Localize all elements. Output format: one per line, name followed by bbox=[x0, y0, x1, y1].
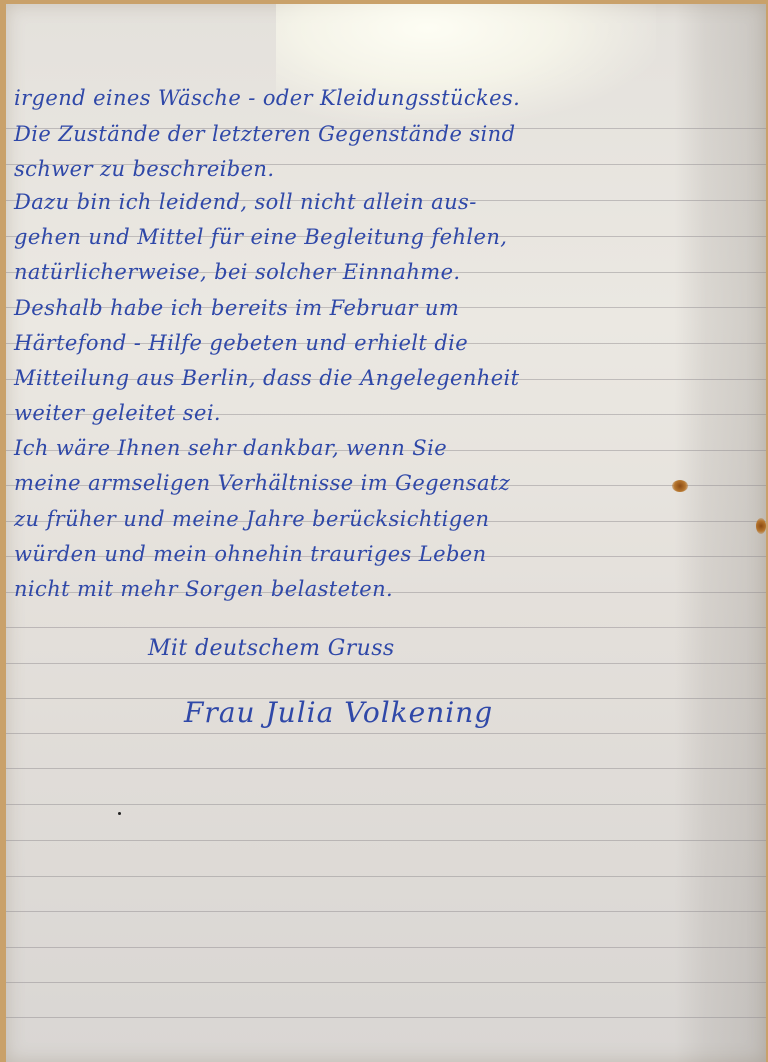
letter-line: irgend eines Wäsche - oder Kleidungsstüc… bbox=[14, 86, 520, 110]
letter-line: zu früher und meine Jahre berücksichtige… bbox=[14, 507, 489, 531]
letter-line: Mitteilung aus Berlin, dass die Angelege… bbox=[14, 366, 520, 390]
closing-salutation: Mit deutschem Gruss bbox=[148, 636, 395, 661]
letter-line: würden und mein ohnehin trauriges Leben bbox=[14, 542, 487, 566]
letter-line: Dazu bin ich leidend, soll nicht allein … bbox=[14, 190, 477, 214]
ruled-line bbox=[6, 1017, 766, 1018]
ruled-line bbox=[6, 982, 766, 983]
letter-line: Ich wäre Ihnen sehr dankbar, wenn Sie bbox=[14, 436, 447, 460]
letter-page: irgend eines Wäsche - oder Kleidungsstüc… bbox=[6, 4, 766, 1062]
paper-stain bbox=[756, 518, 766, 534]
letter-line: weiter geleitet sei. bbox=[14, 401, 221, 425]
ruled-line bbox=[6, 733, 766, 734]
ruled-line bbox=[6, 663, 766, 664]
ruled-line bbox=[6, 768, 766, 769]
ruled-line bbox=[6, 947, 766, 948]
ruled-line bbox=[6, 804, 766, 805]
paper-stain bbox=[672, 480, 688, 492]
letter-line: natürlicherweise, bei solcher Einnahme. bbox=[14, 260, 461, 284]
letter-line: Die Zustände der letzteren Gegenstände s… bbox=[14, 122, 515, 146]
letter-line: Härtefond - Hilfe gebeten und erhielt di… bbox=[14, 331, 468, 355]
ink-dot bbox=[118, 812, 121, 815]
ruled-line bbox=[6, 840, 766, 841]
signature: Frau Julia Volkening bbox=[184, 696, 493, 729]
ruled-line bbox=[6, 911, 766, 912]
ruled-line bbox=[6, 876, 766, 877]
letter-line: gehen und Mittel für eine Begleitung feh… bbox=[14, 225, 507, 249]
letter-line: Deshalb habe ich bereits im Februar um bbox=[14, 296, 459, 320]
letter-line: nicht mit mehr Sorgen belasteten. bbox=[14, 577, 393, 601]
letter-line: schwer zu beschreiben. bbox=[14, 157, 274, 181]
ruled-line bbox=[6, 627, 766, 628]
letter-line: meine armseligen Verhältnisse im Gegensa… bbox=[14, 471, 510, 495]
